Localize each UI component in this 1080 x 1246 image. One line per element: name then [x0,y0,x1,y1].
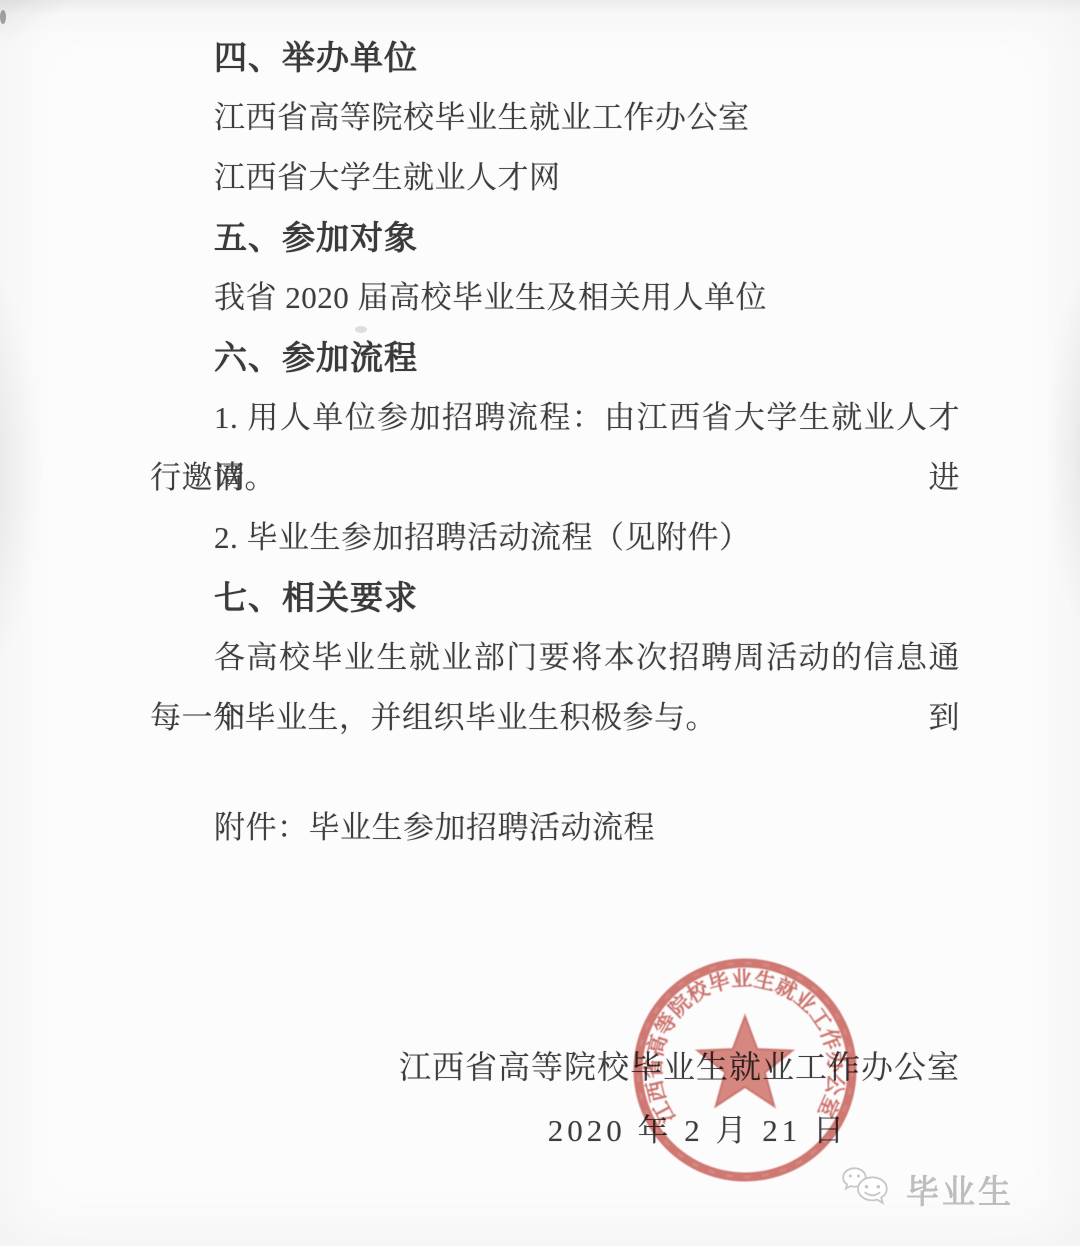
watermark-label: 毕业生 [906,1166,1014,1213]
document-line: 江西省高等院校毕业生就业工作办公室 [150,88,960,148]
document-line: 2. 毕业生参加招聘活动流程（见附件） [150,508,960,568]
document-line: 各高校毕业生就业部门要将本次招聘周活动的信息通知到 [150,628,960,688]
document-line: 江西省大学生就业人才网 [150,148,960,208]
document-line: 1. 用人单位参加招聘流程：由江西省大学生就业人才网进 [150,388,960,448]
scan-speck [0,10,6,24]
signature-block: 江西省高等院校毕业生就业工作办公室 2020 年 2 月 21 日 [150,1037,960,1161]
section-heading: 六、参加流程 [150,328,960,388]
document-body: 四、举办单位江西省高等院校毕业生就业工作办公室江西省大学生就业人才网五、参加对象… [150,28,960,858]
scan-smudge [355,326,367,333]
section-heading: 七、相关要求 [150,568,960,628]
section-heading: 五、参加对象 [150,208,960,268]
document-page: 四、举办单位江西省高等院校毕业生就业工作办公室江西省大学生就业人才网五、参加对象… [0,0,1080,1246]
document-line: 附件：毕业生参加招聘活动流程 [150,798,960,858]
section-heading: 四、举办单位 [150,28,960,88]
signature-org: 江西省高等院校毕业生就业工作办公室 [150,1037,960,1097]
document-line: 我省 2020 届高校毕业生及相关用人单位 [150,268,960,328]
wechat-icon [840,1164,894,1214]
signature-date: 2020 年 2 月 21 日 [150,1101,960,1161]
watermark: 毕业生 [840,1164,1014,1214]
